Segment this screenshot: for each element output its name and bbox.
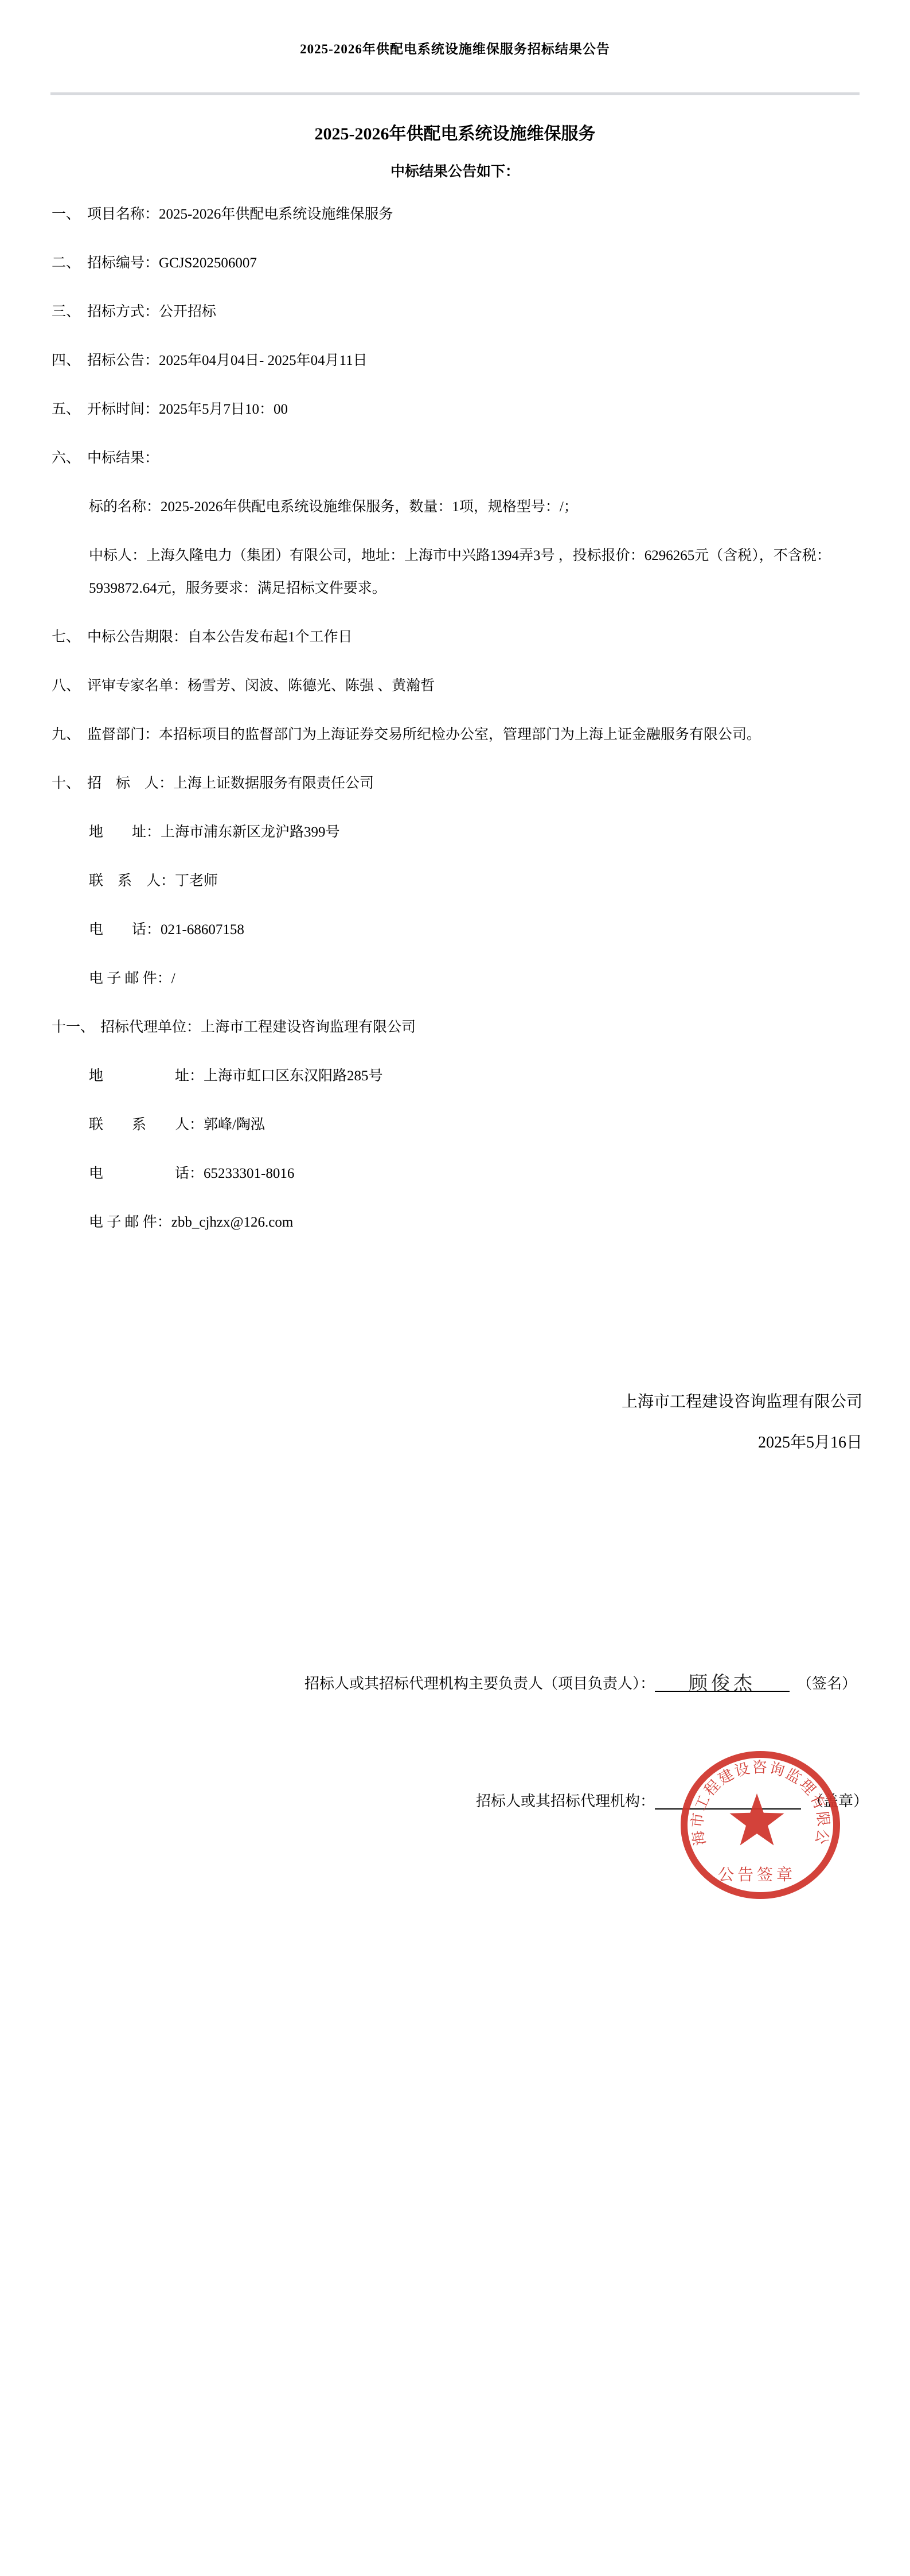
list-subitem-tenderer-email: 电 子 邮 件：/ <box>89 962 910 995</box>
document-subtitle: 中标结果公告如下： <box>0 156 910 188</box>
list-item: 六、中标结果： <box>52 442 910 474</box>
item-number: 一、 <box>52 198 87 231</box>
closing-date: 2025年5月16日 <box>52 1426 862 1459</box>
item-number: 七、 <box>52 621 87 653</box>
list-item: 五、开标时间：2025年5月7日10：00 <box>52 393 910 426</box>
signature-row-project-leader: 招标人或其招标代理机构主要负责人（项目负责人）： 顾俊杰 （签名） <box>304 1667 910 1700</box>
list-item: 九、监督部门：本招标项目的监督部门为上海证券交易所纪检办公室，管理部门为上海上证… <box>52 718 910 751</box>
list-subitem-agency-email: 电 子 邮 件：zbb_cjhzx@126.com <box>89 1206 910 1239</box>
item-text: 监督部门：本招标项目的监督部门为上海证券交易所纪检办公室，管理部门为上海上证金融… <box>87 718 761 751</box>
item-text: 招 标 人：上海上证数据服务有限责任公司 <box>87 767 374 800</box>
list-subitem-tenderer-phone: 电 话：021-68607158 <box>89 913 910 946</box>
list-subitem-winning-bidder: 中标人：上海久隆电力（集团）有限公司，地址：上海市中兴路1394弄3号 ，投标报… <box>89 539 840 605</box>
item-number: 二、 <box>52 247 87 279</box>
document-body: 一、项目名称：2025-2026年供配电系统设施维保服务 二、招标编号：GCJS… <box>52 198 910 1818</box>
item-text: 项目名称：2025-2026年供配电系统设施维保服务 <box>87 198 393 231</box>
item-text: 评审专家名单：杨雪芳、闵波、陈德光、陈强 、黄瀚哲 <box>87 670 435 702</box>
list-subitem-tenderer-contact: 联 系 人：丁老师 <box>89 865 910 897</box>
item-number: 五、 <box>52 393 87 426</box>
list-subitem-agency-contact: 联 系 人：郭峰/陶泓 <box>89 1108 910 1141</box>
item-number: 六、 <box>52 442 87 474</box>
company-seal-stamp: 上海市工程建设咨询监理有限公司 公告签章 <box>679 1750 841 1901</box>
closing-agency-name: 上海市工程建设咨询监理有限公司 <box>52 1386 862 1418</box>
list-subitem-bid-subject: 标的名称：2025-2026年供配电系统设施维保服务，数量：1项，规格型号：/； <box>89 491 910 523</box>
item-text: 招标编号：GCJS202506007 <box>87 247 257 279</box>
item-text: 招标代理单位：上海市工程建设咨询监理有限公司 <box>100 1011 416 1044</box>
list-subitem-agency-phone: 电 话：65233301-8016 <box>89 1157 910 1190</box>
document-title: 2025-2026年供配电系统设施维保服务 <box>0 118 910 151</box>
item-text: 中标结果： <box>87 442 159 474</box>
seal-bottom-text: 公告签章 <box>718 1866 796 1884</box>
seal-star-icon <box>729 1793 784 1846</box>
page-header: 2025-2026年供配电系统设施维保服务招标结果公告 <box>0 36 910 63</box>
list-item: 四、招标公告：2025年04月04日- 2025年04月11日 <box>52 344 910 377</box>
list-subitem-tenderer-address: 地 址：上海市浦东新区龙沪路399号 <box>89 816 910 849</box>
list-item: 十、招 标 人：上海上证数据服务有限责任公司 <box>52 767 910 800</box>
item-number: 三、 <box>52 295 87 328</box>
item-number: 十一、 <box>52 1011 100 1044</box>
signature-underline: 顾俊杰 <box>655 1667 790 1692</box>
announcement-page: 2025-2026年供配电系统设施维保服务招标结果公告 2025-2026年供配… <box>0 0 910 2576</box>
handwritten-signature: 顾俊杰 <box>689 1672 756 1695</box>
item-text: 中标公告期限：自本公告发布起1个工作日 <box>87 621 353 653</box>
list-item: 八、评审专家名单：杨雪芳、闵波、陈德光、陈强 、黄瀚哲 <box>52 670 910 702</box>
item-text: 招标方式：公开招标 <box>87 295 216 328</box>
header-divider <box>50 92 860 95</box>
list-item: 十一、招标代理单位：上海市工程建设咨询监理有限公司 <box>52 1011 910 1044</box>
list-item: 一、项目名称：2025-2026年供配电系统设施维保服务 <box>52 198 910 231</box>
list-item: 二、招标编号：GCJS202506007 <box>52 247 910 279</box>
list-item: 三、招标方式：公开招标 <box>52 295 910 328</box>
item-text: 招标公告：2025年04月04日- 2025年04月11日 <box>87 344 368 377</box>
seal-label: 招标人或其招标代理机构： <box>476 1785 655 1818</box>
list-item: 七、中标公告期限：自本公告发布起1个工作日 <box>52 621 910 653</box>
item-number: 八、 <box>52 670 87 702</box>
signature-label: 招标人或其招标代理机构主要负责人（项目负责人）： <box>304 1667 655 1700</box>
item-number: 九、 <box>52 718 87 751</box>
item-number: 四、 <box>52 344 87 377</box>
list-subitem-agency-address: 地 址：上海市虹口区东汉阳路285号 <box>89 1060 910 1092</box>
signature-suffix: （签名） <box>797 1667 857 1700</box>
item-number: 十、 <box>52 767 87 800</box>
item-text: 开标时间：2025年5月7日10：00 <box>87 393 288 426</box>
